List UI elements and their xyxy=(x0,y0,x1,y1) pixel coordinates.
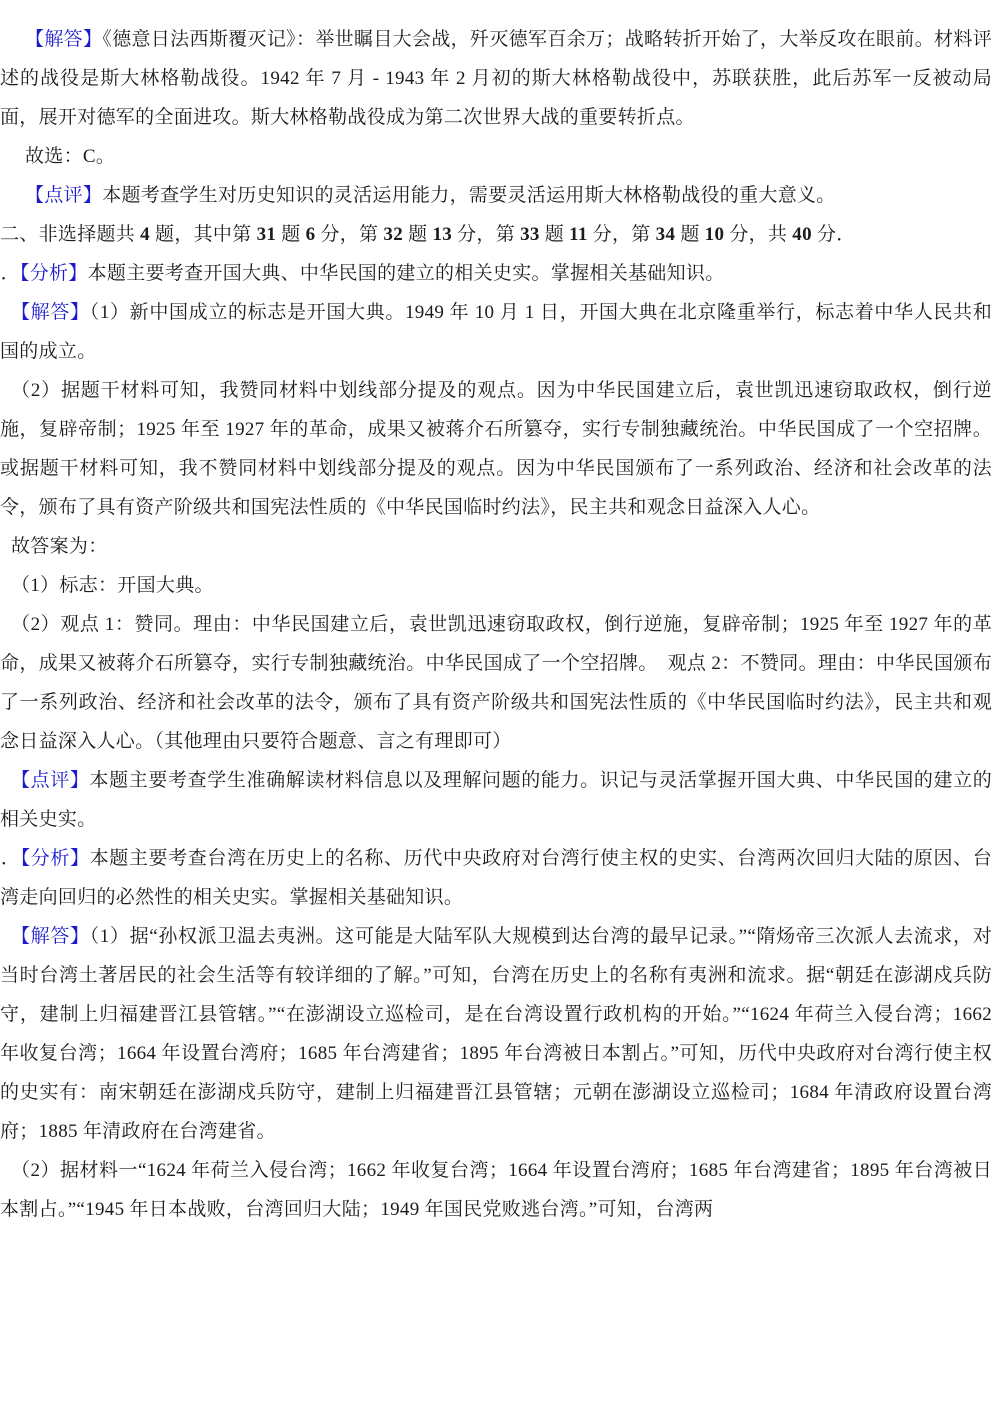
text-run: 13 xyxy=(432,224,452,245)
dianping-marker: 【点评】 xyxy=(11,770,90,791)
q32-number: 32． xyxy=(0,848,21,869)
text-run: 本题主要考查台湾在历史上的名称、历代中央政府对台湾行使主权的史实、台湾两次回归大… xyxy=(0,848,992,908)
text-run: 二、非选择题共 xyxy=(0,224,140,245)
text-run: 分，第 xyxy=(452,224,520,245)
q31-answer-part2: （2）据题干材料可知，我赞同材料中划线部分提及的观点。因为中华民国建立后，袁世凯… xyxy=(0,371,992,527)
text-run: （2）观点 1：赞同。理由：中华民国建立后，袁世凯迅速窃取政权，倒行逆施，复辟帝… xyxy=(0,614,992,752)
q31-analysis-paragraph: 31．【分析】本题主要考查开国大典、中华民国的建立的相关史实。掌握相关基础知识。 xyxy=(0,254,992,293)
text-run: 题 xyxy=(403,224,432,245)
fenxi-marker: 【分析】 xyxy=(20,263,88,284)
q32-answer-part1: 【解答】（1）据“孙权派卫温去夷洲。这可能是大陆军队大规模到达台湾的最早记录。”… xyxy=(0,917,992,1151)
text-run: 题 xyxy=(675,224,704,245)
q31-answer-intro: 故答案为： xyxy=(0,527,992,566)
document-body: 【解答】《德意日法西斯覆灭记》：举世瞩目大会战，歼灭德军百余万；战略转折开始了，… xyxy=(0,20,992,1229)
text-run: 34 xyxy=(656,224,676,245)
text-run: 32 xyxy=(383,224,403,245)
text-run: 本题主要考查学生准确解读材料信息以及理解问题的能力。识记与灵活掌握开国大典、中华… xyxy=(0,770,992,830)
text-run: 分，第 xyxy=(315,224,383,245)
exam-answer-document-page: 【解答】《德意日法西斯覆灭记》：举世瞩目大会战，歼灭德军百余万；战略转折开始了，… xyxy=(0,0,992,1403)
q31-final-answer-2: （2）观点 1：赞同。理由：中华民国建立后，袁世凯迅速窃取政权，倒行逆施，复辟帝… xyxy=(0,605,992,761)
q32-answer-part2: （2）据材料一“1624 年荷兰入侵台湾；1662 年收复台湾；1664 年设置… xyxy=(0,1151,992,1229)
dianping-marker: 【点评】 xyxy=(25,185,102,206)
text-run: 11 xyxy=(569,224,588,245)
text-run: 6 xyxy=(306,224,316,245)
q31-answer-part1: 【解答】（1）新中国成立的标志是开国大典。1949 年 10 月 1 日，开国大… xyxy=(0,293,992,371)
q31-number: 31． xyxy=(0,263,20,284)
text-run: 题 xyxy=(540,224,569,245)
text-run: 题 xyxy=(276,224,305,245)
q30-comment-paragraph: 【点评】本题考查学生对历史知识的灵活运用能力，需要灵活运用斯大林格勒战役的重大意… xyxy=(0,176,992,215)
text-run: 本题考查学生对历史知识的灵活运用能力，需要灵活运用斯大林格勒战役的重大意义。 xyxy=(102,185,835,206)
text-run: （2）据材料一“1624 年荷兰入侵台湾；1662 年收复台湾；1664 年设置… xyxy=(0,1160,992,1220)
q30-answer-paragraph: 【解答】《德意日法西斯覆灭记》：举世瞩目大会战，歼灭德军百余万；战略转折开始了，… xyxy=(0,20,992,137)
text-run: 40 xyxy=(792,224,812,245)
text-run: 故答案为： xyxy=(11,536,108,557)
q30-answer-choice: 故选：C。 xyxy=(0,137,992,176)
text-run: （1）新中国成立的标志是开国大典。1949 年 10 月 1 日，开国大典在北京… xyxy=(0,302,992,362)
text-run: （1）据“孙权派卫温去夷洲。这可能是大陆军队大规模到达台湾的最早记录。”“隋炀帝… xyxy=(0,926,992,1142)
text-run: 31 xyxy=(257,224,277,245)
text-run: （1）标志：开国大典。 xyxy=(11,575,214,596)
text-run: （2）据题干材料可知，我赞同材料中划线部分提及的观点。因为中华民国建立后，袁世凯… xyxy=(0,380,992,518)
text-run: 4 xyxy=(140,224,150,245)
jieda-marker: 【解答】 xyxy=(11,302,90,323)
text-run: 《德意日法西斯覆灭记》：举世瞩目大会战，歼灭德军百余万；战略转折开始了，大举反攻… xyxy=(0,29,992,128)
text-run: 题，其中第 xyxy=(150,224,257,245)
fenxi-marker: 【分析】 xyxy=(21,848,90,869)
text-run: 分． xyxy=(812,224,856,245)
text-run: 故选：C。 xyxy=(25,146,115,167)
q31-comment-paragraph: 【点评】本题主要考查学生准确解读材料信息以及理解问题的能力。识记与灵活掌握开国大… xyxy=(0,761,992,839)
section-2-header: 二、非选择题共 4 题，其中第 31 题 6 分，第 32 题 13 分，第 3… xyxy=(0,215,992,254)
text-run: 10 xyxy=(705,224,725,245)
text-run: 分，第 xyxy=(588,224,656,245)
text-run: 分，共 xyxy=(724,224,792,245)
q31-final-answer-1: （1）标志：开国大典。 xyxy=(0,566,992,605)
jieda-marker: 【解答】 xyxy=(11,926,90,947)
text-run: 33 xyxy=(520,224,540,245)
text-run: 本题主要考查开国大典、中华民国的建立的相关史实。掌握相关基础知识。 xyxy=(88,263,725,284)
q32-analysis-paragraph: 32．【分析】本题主要考查台湾在历史上的名称、历代中央政府对台湾行使主权的史实、… xyxy=(0,839,992,917)
jieda-marker: 【解答】 xyxy=(25,29,102,50)
